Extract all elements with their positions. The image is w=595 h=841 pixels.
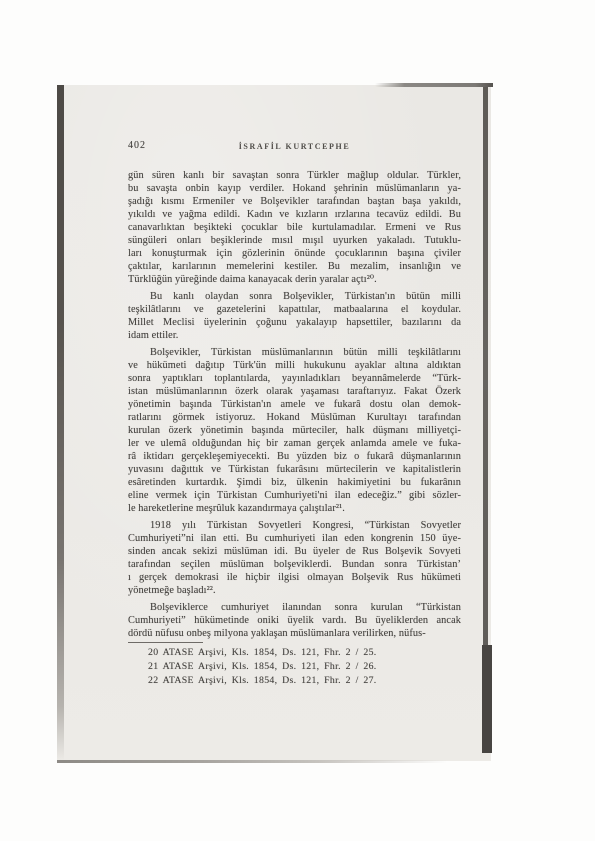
footnotes: 20 ATASE Arşivi, Kls. 1854, Ds. 121, Fhr… — [128, 646, 468, 687]
paragraph: Bolşevikler, Türkistan müslümanlarının b… — [128, 346, 461, 515]
text-line: Bolşeviklerce cumhuriyet ilanından sonra… — [128, 601, 461, 614]
text-line: bu savaşta onbin kayıp verdiler. Hokand … — [128, 182, 461, 195]
text-line: dördü nüfusu onbeş milyona yaklaşan müsl… — [128, 627, 461, 640]
scan-canvas: 402 İSRAFİL KURTCEPHE gün süren kanlı bi… — [0, 0, 595, 841]
text-line: yönetimin başında Türkistan'ın amele ve … — [128, 398, 461, 411]
text-line: çaktılar, karılarının memelerini kestile… — [128, 260, 461, 273]
text-line: ı gerçek demokrasi ile hiçbir ilgisi olm… — [128, 571, 461, 584]
text-line: şadığı kısmı Ermeniler ve Bolşevikler ta… — [128, 195, 461, 208]
text-line: kurulan özerk yönetimin başında mürtecil… — [128, 424, 461, 437]
text-line: ları konuşturmak için gözlerinin önünde … — [128, 247, 461, 260]
text-line: sonra yaptıkları toplantılarda, yayınlad… — [128, 372, 461, 385]
paragraph: gün süren kanlı bir savaştan sonra Türkl… — [128, 169, 461, 286]
text-line: yıkıldı ve yağma edildi. Kadın ve kızlar… — [128, 208, 461, 221]
text-line: ratlarını görmek istiyoruz. Hokand Müslü… — [128, 411, 461, 424]
footnote: 22 ATASE Arşivi, Kls. 1854, Ds. 121, Fhr… — [128, 674, 468, 688]
text-line: Bolşevikler, Türkistan müslümanlarının b… — [128, 346, 461, 359]
text-line: gün süren kanlı bir savaştan sonra Türkl… — [128, 169, 461, 182]
text-line: Cumhuriyeti” hükümetinde oniki üyelik va… — [128, 614, 461, 627]
text-line: tarafından seçilen müslüman bolşeviklerd… — [128, 558, 461, 571]
text-line: Cumhuriyeti”ni ilan etti. Bu cumhuriyeti… — [128, 532, 461, 545]
body-text: gün süren kanlı bir savaştan sonra Türkl… — [128, 169, 461, 640]
text-line: ler ve ulemâ olduğundan hiç bir zaman ge… — [128, 437, 461, 450]
text-line: 1918 yılı Türkistan Sovyetleri Kongresi,… — [128, 519, 461, 532]
text-line: istan müslümanlarının özerk olarak yaşam… — [128, 385, 461, 398]
text-line: Bu kanlı olaydan sonra Bolşevikler, Türk… — [128, 290, 461, 303]
text-line: eline vermek için Türkistan Cumhuriyeti'… — [128, 489, 461, 502]
text-line: canavarlıktan beşikteki çocuklar bile ku… — [128, 221, 461, 234]
bottom-edge-shadow — [57, 760, 491, 763]
text-line: râ iktidarı gerçekleşemiyecekti. Bu yüzd… — [128, 450, 461, 463]
text-line: esâretinden kurtardık. Şimdi biz, ülkeni… — [128, 476, 461, 489]
page-header: 402 İSRAFİL KURTCEPHE — [128, 140, 461, 154]
text-line: le hareketlerine meşrûluk kazandırmaya ç… — [128, 502, 461, 515]
text-line: Millet Meclisi üyelerinin çoğunu yakalay… — [128, 316, 461, 329]
footnote-separator — [128, 642, 203, 643]
text-line: yuvasını dağıttık ve Türkistan fukarâsın… — [128, 463, 461, 476]
paragraph: 1918 yılı Türkistan Sovyetleri Kongresi,… — [128, 519, 461, 597]
paragraph: Bolşeviklerce cumhuriyet ilanından sonra… — [128, 601, 461, 640]
text-line: teşkilâtlarını ve gazetelerini kapattıla… — [128, 303, 461, 316]
text-line: ve hükümeti dağıtıp Türk'ün milli hukuku… — [128, 359, 461, 372]
text-line: idam ettiler. — [128, 329, 461, 342]
text-line: sinden ancak sekizi müslüman idi. Bu üye… — [128, 545, 461, 558]
top-edge-shadow — [375, 83, 493, 87]
text-line: Türklüğün yüreğinde daima kanayacak deri… — [128, 273, 461, 286]
text-line: yönetmeğe başladı²². — [128, 584, 461, 597]
footnote: 21 ATASE Arşivi, Kls. 1854, Ds. 121, Fhr… — [128, 660, 468, 674]
right-edge-shadow-lower — [482, 645, 492, 753]
paragraph: Bu kanlı olaydan sonra Bolşevikler, Türk… — [128, 290, 461, 342]
running-header: İSRAFİL KURTCEPHE — [128, 142, 461, 151]
right-edge-shadow — [483, 85, 488, 647]
text-line: süngüleri onları beşiklerinde mısıl mışı… — [128, 234, 461, 247]
left-edge-shadow — [57, 85, 64, 761]
footnote: 20 ATASE Arşivi, Kls. 1854, Ds. 121, Fhr… — [128, 646, 468, 660]
scanned-book-page: 402 İSRAFİL KURTCEPHE gün süren kanlı bi… — [57, 85, 491, 761]
